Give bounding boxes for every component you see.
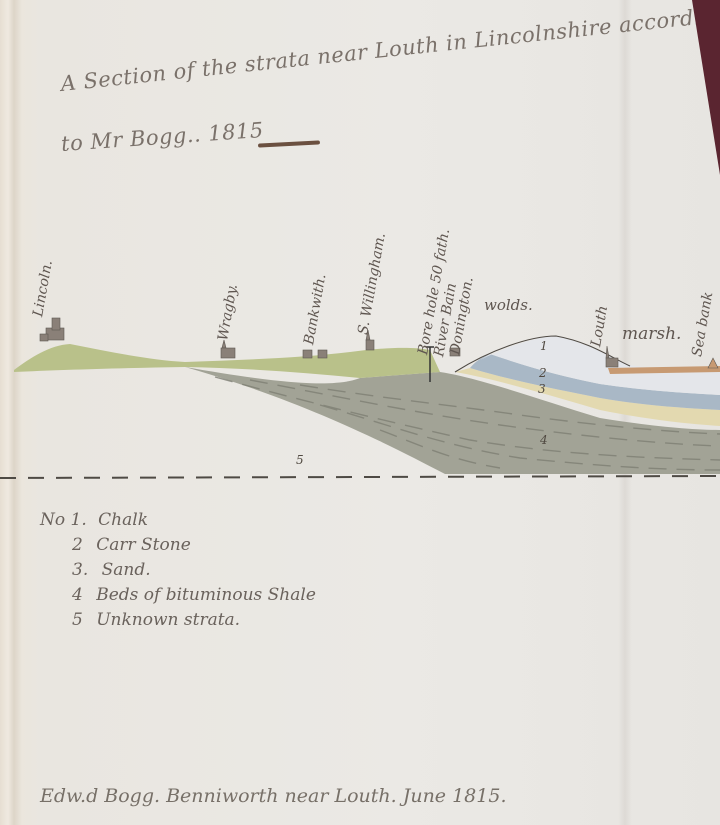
- legend-num: 4: [72, 585, 83, 605]
- label-marsh: marsh.: [622, 324, 681, 344]
- sea-bank-icon: [708, 358, 718, 368]
- legend-label: Carr Stone: [96, 535, 191, 555]
- layer-number-5: 5: [296, 453, 304, 467]
- legend-label: Sand.: [102, 560, 151, 580]
- legend-row: 4 Beds of bituminous Shale: [40, 583, 316, 608]
- dashed-baseline: [0, 476, 720, 478]
- signature-line: Edw.d Bogg. Benniworth near Louth. June …: [40, 785, 506, 807]
- layer-number-4: 4: [539, 433, 548, 447]
- legend-num: 5: [72, 610, 83, 630]
- manuscript-page: A Section of the strata near Louth in Li…: [0, 0, 720, 825]
- legend-num: 1.: [71, 510, 87, 530]
- legend-row: No 1. Chalk: [40, 508, 316, 533]
- legend-prefix: No: [40, 510, 65, 530]
- legend-label: Unknown strata.: [96, 610, 240, 630]
- geological-cross-section: 1 2 3 4 5: [0, 0, 720, 825]
- layer-number-1: 1: [540, 339, 548, 353]
- legend-num: 2: [72, 535, 83, 555]
- legend-num: 3.: [72, 560, 88, 580]
- legend-row: 3. Sand.: [40, 558, 316, 583]
- legend-label: Beds of bituminous Shale: [96, 585, 316, 605]
- wragby-church-icon: [221, 340, 235, 358]
- legend-row: 2 Carr Stone: [40, 533, 316, 558]
- layer-number-2: 2: [538, 366, 547, 380]
- label-wolds: wolds.: [484, 296, 533, 314]
- legend-label: Chalk: [98, 510, 148, 530]
- legend-row: 5 Unknown strata.: [40, 608, 316, 633]
- lincoln-castle-icon: [40, 318, 64, 341]
- strata-legend: No 1. Chalk 2 Carr Stone 3. Sand. 4 Beds…: [40, 508, 316, 633]
- layer-number-3: 3: [538, 382, 546, 396]
